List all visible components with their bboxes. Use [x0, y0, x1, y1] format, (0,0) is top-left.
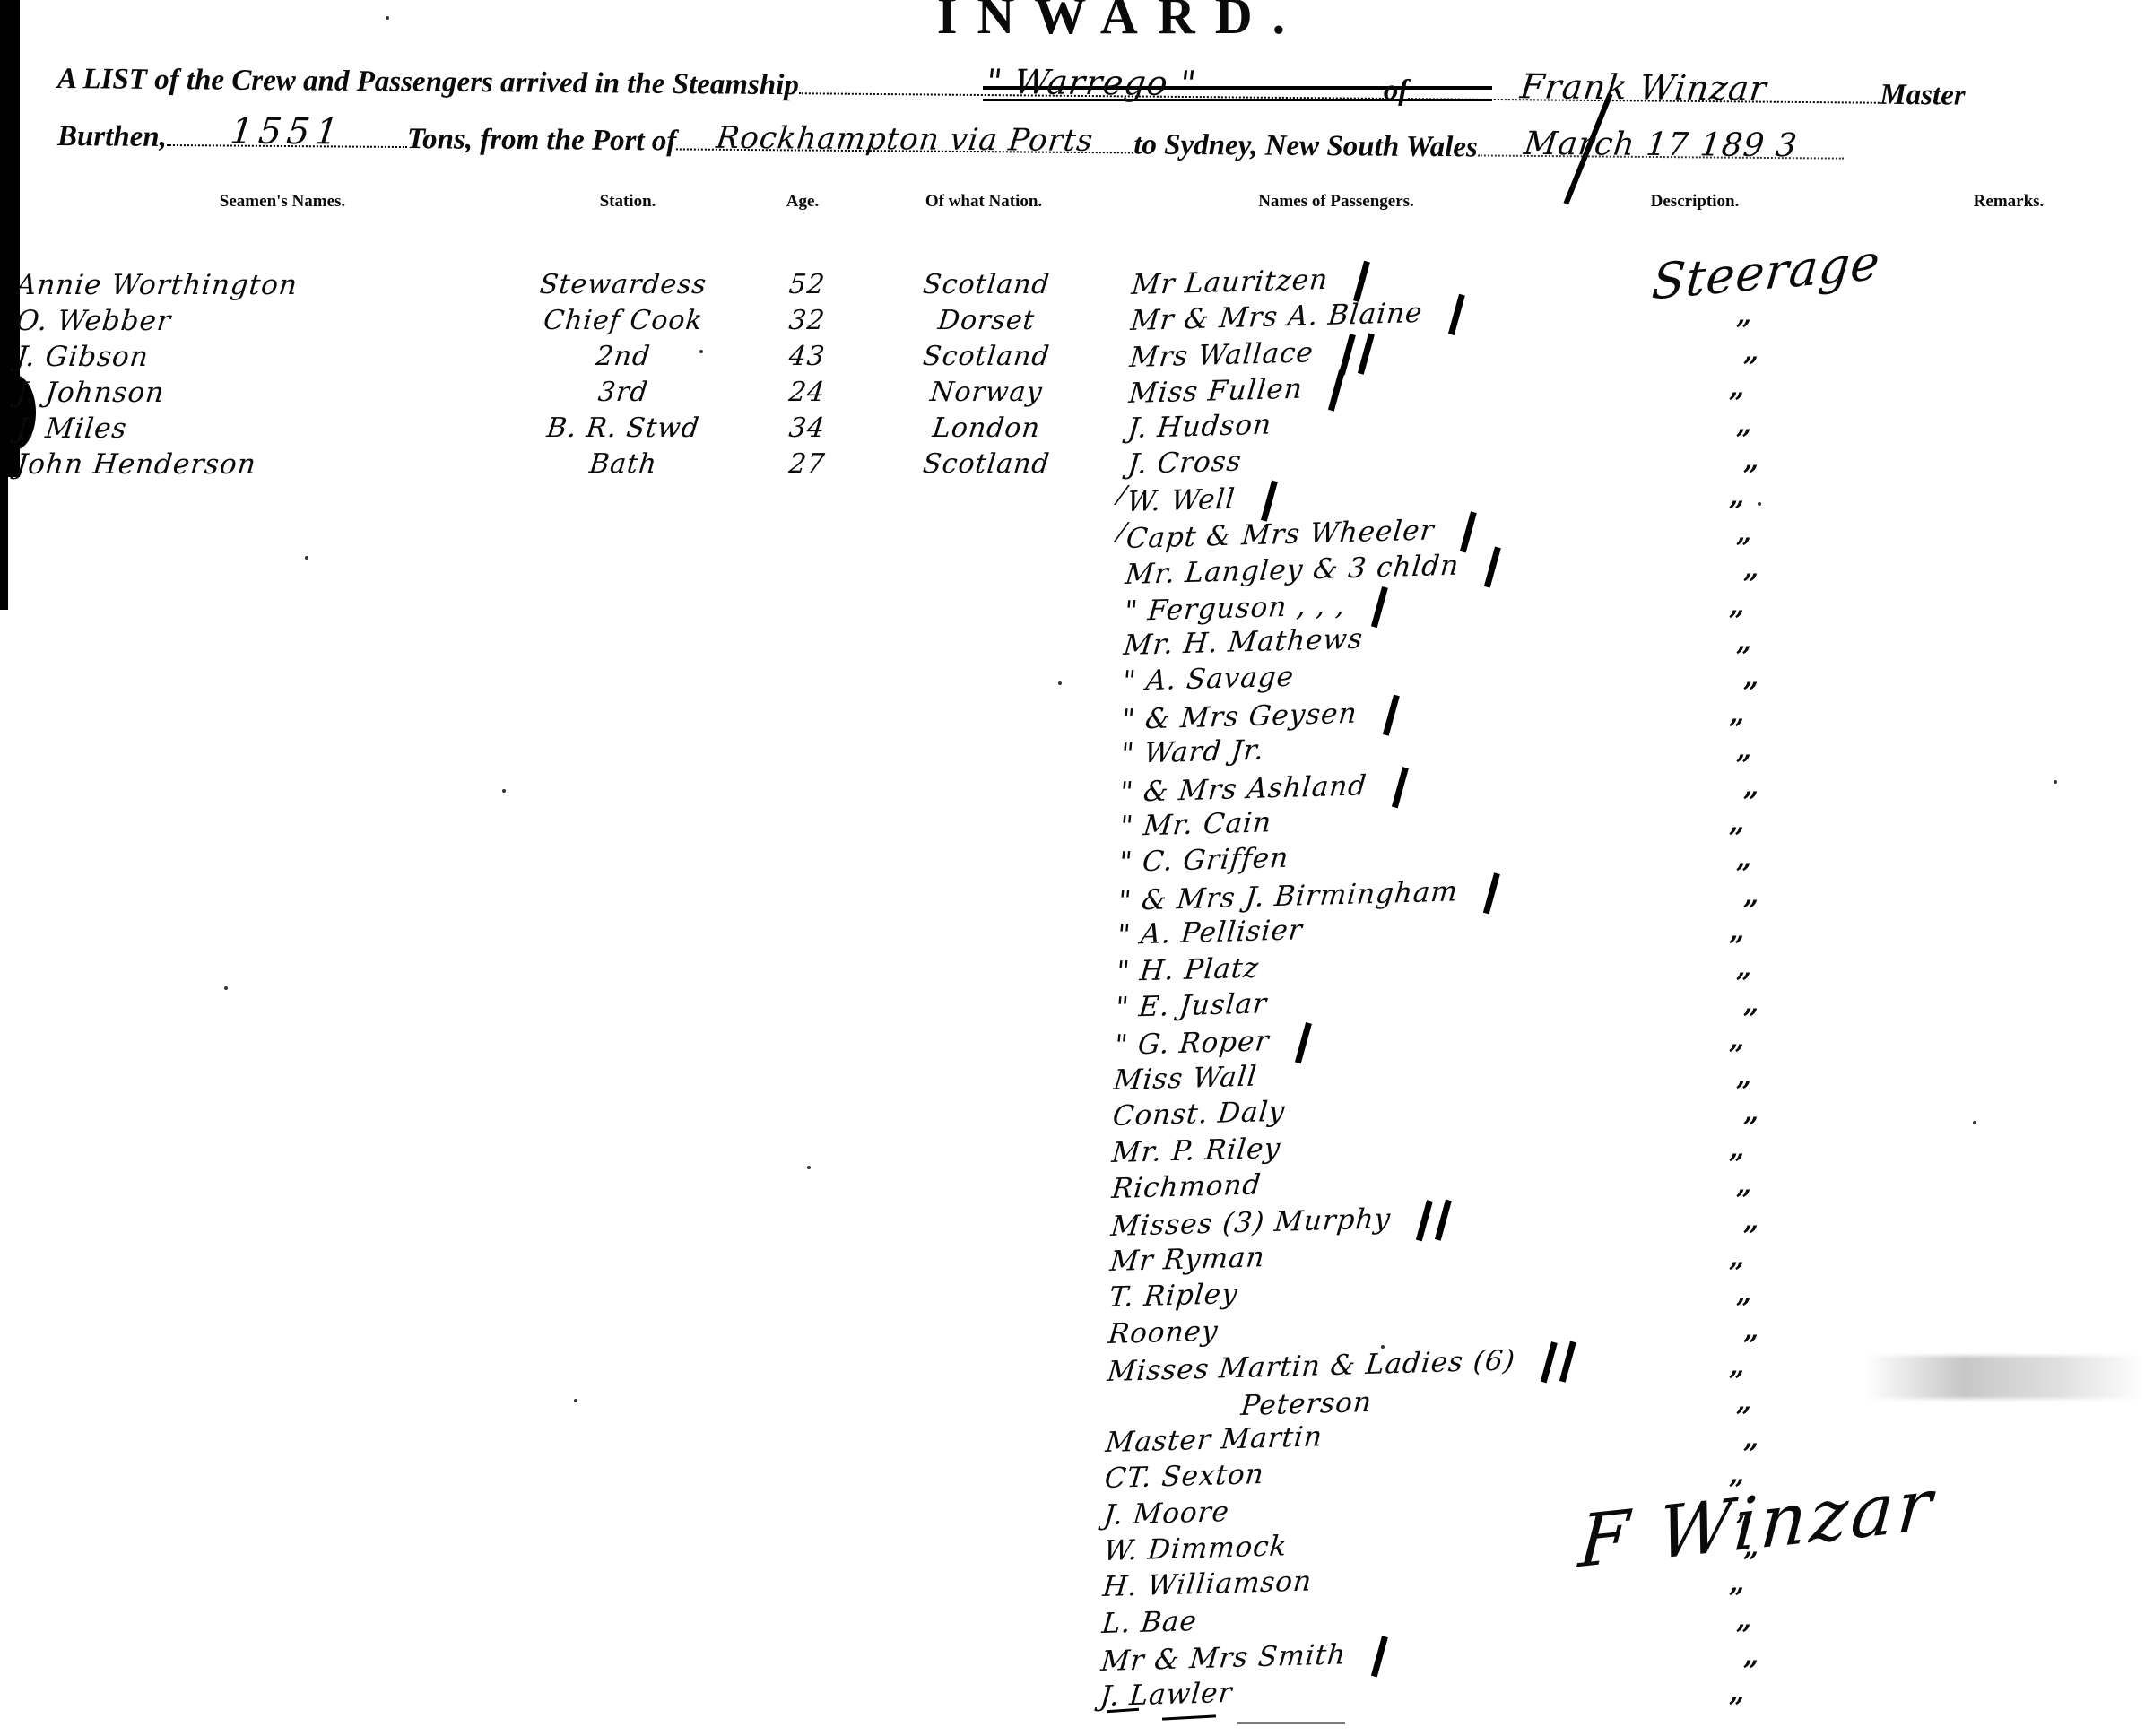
check-mark: ⁄: [1119, 479, 1125, 513]
crew-nation: Scotland: [846, 341, 1127, 372]
ditto-mark: „: [1729, 1567, 1744, 1599]
line1-of-label: of: [1384, 74, 1409, 108]
crew-row: J. Gibson2nd43Scotland: [0, 341, 1112, 377]
crew-row: J. MilesB. R. Stwd34London: [0, 412, 1112, 448]
passenger-name: " G. Roper: [1113, 1026, 1271, 1063]
ditto-mark: „: [1743, 771, 1759, 803]
crew-name: J. Johnson: [14, 377, 166, 409]
header-remarks: Remarks.: [1974, 192, 2045, 212]
crew-name: J. Miles: [14, 412, 128, 445]
passenger-row: L. Bae: [1101, 1605, 1197, 1640]
page-title: INWARD.: [933, 0, 1309, 46]
ditto-mark: „: [1736, 734, 1751, 766]
crew-name: John Henderson: [14, 448, 258, 481]
line1-prefix: A LIST of the Crew and Passengers arrive…: [57, 63, 799, 102]
passenger-name: " & Mrs J. Birmingham: [1116, 875, 1459, 917]
scan-mark: [1162, 1714, 1216, 1720]
ditto-mark: „: [1729, 372, 1744, 404]
tally-tick-mark: [1559, 1341, 1576, 1383]
passenger-name: Mr Ryman: [1108, 1241, 1266, 1278]
crew-row: Annie WorthingtonStewardess52Scotland: [0, 269, 1112, 305]
ditto-mark: „: [1736, 1386, 1751, 1418]
master-name-blank: Frank Winzar: [1408, 67, 1880, 104]
passenger-name: " Ward Jr.: [1120, 734, 1266, 771]
passenger-row: J. Cross: [1127, 445, 1242, 481]
passenger-name: Mr & Mrs A. Blaine: [1129, 297, 1424, 337]
crew-age: 52: [769, 269, 845, 300]
master-signature: F Winzar: [1576, 1463, 1938, 1584]
crew-station: 2nd: [482, 341, 764, 372]
header-seamens-names: Seamen's Names.: [220, 192, 345, 212]
passenger-row: Peterson: [1241, 1386, 1373, 1422]
passenger-name: Mr. H. Mathews: [1122, 622, 1364, 662]
crew-station: Stewardess: [482, 269, 764, 300]
passenger-name: Mr Lauritzen: [1130, 264, 1330, 301]
scan-mark: [1237, 1722, 1345, 1724]
passenger-row: Master Martin: [1106, 1420, 1324, 1459]
crew-nation: Scotland: [846, 448, 1127, 480]
passenger-row: " Mr. Cain: [1119, 806, 1272, 843]
passenger-name: Mr. Langley & 3 chldn: [1124, 550, 1461, 592]
date-value: March 17 189 3: [1476, 125, 1846, 164]
passenger-row: " C. Griffen: [1118, 842, 1289, 879]
passenger-name: Mrs Wallace: [1128, 336, 1315, 374]
tally-tick-mark: [1448, 294, 1465, 335]
tally-tick-mark: [1328, 370, 1345, 412]
ditto-mark: „: [1743, 336, 1759, 368]
passenger-row: Mr. P. Riley: [1112, 1132, 1281, 1168]
header-age: Age.: [786, 192, 819, 212]
passenger-name: W. Well: [1125, 483, 1237, 518]
passenger-row: " E. Juslar: [1115, 987, 1267, 1024]
passenger-name: L. Bae: [1100, 1605, 1198, 1640]
crew-row: John HendersonBath27Scotland: [0, 448, 1112, 484]
header-of-what-nation: Of what Nation.: [925, 192, 1042, 212]
passenger-row: H. Williamson: [1102, 1566, 1312, 1603]
ship-manifest-document: INWARD. A LIST of the Crew and Passenger…: [0, 0, 2145, 1736]
crew-nation: London: [846, 412, 1127, 444]
tally-tick-mark: [1295, 1022, 1312, 1063]
crew-station: Bath: [482, 448, 764, 480]
passenger-row: T. Ripley: [1108, 1278, 1238, 1314]
ditto-mark: „: [1743, 880, 1759, 911]
ditto-mark: „: [1736, 409, 1751, 440]
passenger-name: W. Dimmock: [1102, 1530, 1289, 1567]
ship-name-value: " Warrego ": [796, 60, 1385, 105]
tally-tick-mark: [1358, 333, 1375, 374]
passenger-name: Miss Wall: [1112, 1060, 1258, 1097]
passenger-name: T. Ripley: [1107, 1278, 1239, 1314]
date-blank: March 17 189 3: [1478, 124, 1844, 159]
ditto-mark: „: [1729, 1350, 1744, 1382]
passenger-row: Mr. H. Mathews: [1123, 623, 1363, 662]
passenger-name: H. Williamson: [1101, 1566, 1313, 1604]
passenger-row: " A. Pellisier: [1116, 914, 1303, 951]
tally-tick-mark: [1484, 547, 1501, 588]
crew-name: Annie Worthington: [14, 269, 300, 301]
crew-age: 43: [769, 341, 845, 372]
passenger-row: " & Mrs J. Birmingham: [1117, 872, 1495, 924]
tally-tick-mark: [1383, 694, 1400, 735]
ditto-mark: „: [1743, 662, 1759, 693]
passenger-name: " Mr. Cain: [1118, 806, 1272, 843]
ditto-mark: „: [1736, 843, 1751, 874]
passenger-row: Mr Ryman: [1109, 1241, 1265, 1278]
tally-tick-mark: [1416, 1201, 1433, 1242]
passenger-name: " A. Pellisier: [1116, 914, 1304, 951]
passenger-name: CT. Sexton: [1104, 1458, 1266, 1495]
passenger-name: Rooney: [1107, 1315, 1220, 1350]
passenger-row: Rooney: [1107, 1315, 1218, 1350]
passenger-name: " C. Griffen: [1117, 842, 1290, 879]
crew-age: 32: [769, 305, 845, 336]
passenger-row: " A. Savage: [1123, 661, 1295, 698]
ditto-mark: „: [1736, 626, 1751, 657]
passenger-row: J. Hudson: [1128, 408, 1272, 444]
line2-burthen-label: Burthen,: [57, 120, 167, 154]
check-mark: ⁄: [1119, 516, 1125, 550]
passenger-row: Mr & Mrs Smith: [1100, 1636, 1383, 1685]
ditto-mark: „: [1736, 1061, 1751, 1092]
tons-blank: 1551: [167, 114, 407, 148]
crew-name: O. Webber: [14, 305, 173, 337]
ditto-mark: „: [1729, 481, 1744, 512]
ditto-mark: „: [1729, 699, 1744, 730]
crew-nation: Norway: [846, 377, 1127, 408]
ditto-mark: „: [1743, 553, 1759, 585]
crew-station: 3rd: [482, 377, 764, 408]
ditto-mark: „: [1736, 1278, 1751, 1309]
ditto-mark: „: [1729, 1677, 1744, 1708]
passenger-row: Miss Wall: [1114, 1060, 1258, 1096]
passenger-row: Misses (3) Murphy: [1110, 1200, 1446, 1250]
ditto-mark: „: [1743, 1315, 1759, 1346]
tally-tick-mark: [1541, 1341, 1558, 1383]
crew-name: J. Gibson: [14, 341, 151, 373]
ship-name-blank: " Warrego ": [799, 62, 1384, 100]
tally-tick-mark: [1393, 767, 1410, 808]
passenger-name: Master Martin: [1104, 1420, 1324, 1459]
ditto-mark: „: [1743, 1423, 1759, 1454]
passenger-name: J. Lawler: [1099, 1676, 1234, 1712]
ditto-mark: „: [1743, 1097, 1759, 1128]
tally-tick-mark: [1339, 334, 1356, 375]
tally-tick-mark: [1371, 1636, 1388, 1677]
passenger-name: Peterson: [1239, 1386, 1373, 1422]
passenger-name: " Ferguson , , ,: [1123, 589, 1347, 628]
ditto-mark: „: [1743, 1205, 1759, 1237]
passenger-name: Const. Daly: [1112, 1096, 1288, 1133]
passenger-row: J. Lawler: [1099, 1676, 1232, 1712]
crew-age: 24: [769, 377, 845, 408]
line1-master-label: Master: [1880, 79, 1966, 113]
passenger-row: J. Moore: [1104, 1496, 1230, 1532]
tally-tick-mark: [1435, 1200, 1452, 1241]
passenger-row: W. Dimmock: [1103, 1530, 1287, 1567]
passenger-name: Mr. P. Riley: [1111, 1132, 1283, 1168]
line2-tons-label: Tons, from the Port of: [407, 123, 677, 158]
form-line-2: Burthen, 1551 Tons, from the Port of Roc…: [57, 113, 2129, 169]
scan-edge-bar-lower: [0, 475, 8, 610]
ditto-mark: „: [1729, 590, 1744, 621]
line2-to-label: to Sydney, New South Wales: [1133, 128, 1478, 164]
ditto-mark: „: [1729, 1242, 1744, 1273]
passenger-name: Mr & Mrs Smith: [1099, 1639, 1347, 1679]
passenger-name: " A. Savage: [1121, 661, 1295, 698]
tons-value: 1551: [164, 110, 409, 153]
ditto-mark: „: [1736, 517, 1751, 549]
ditto-mark: „: [1743, 988, 1759, 1020]
passenger-name: J. Hudson: [1127, 408, 1273, 445]
passenger-name: " E. Juslar: [1114, 987, 1268, 1024]
passenger-row: " Ward Jr.: [1121, 734, 1265, 770]
tally-tick-mark: [1483, 872, 1500, 914]
passenger-name: Misses Martin & Ladies (6): [1106, 1344, 1516, 1388]
ditto-mark: „: [1743, 1640, 1759, 1671]
passenger-name: " & Mrs Ashland: [1119, 769, 1369, 809]
port-value: Rockhampton via Ports: [674, 119, 1136, 159]
crew-nation: Scotland: [846, 269, 1127, 300]
passenger-name: Richmond: [1110, 1168, 1263, 1205]
port-blank: Rockhampton via Ports: [676, 117, 1133, 153]
header-description: Description.: [1651, 192, 1740, 212]
form-line-1: A LIST of the Crew and Passengers arrive…: [57, 56, 2129, 114]
crew-row: J. Johnson3rd24Norway: [0, 377, 1112, 412]
crew-station: Chief Cook: [482, 305, 764, 336]
passenger-name: " H. Platz: [1115, 951, 1260, 988]
ditto-mark: „: [1736, 1604, 1751, 1636]
passenger-name: Misses (3) Murphy: [1109, 1203, 1392, 1244]
ditto-mark: „: [1736, 1169, 1751, 1201]
passenger-row: CT. Sexton: [1105, 1458, 1265, 1495]
master-name-value: Frank Winzar: [1406, 65, 1882, 109]
passenger-row: " H. Platz: [1116, 951, 1259, 987]
header-station: Station.: [600, 192, 656, 212]
ditto-mark: „: [1729, 1024, 1744, 1055]
passenger-row: Richmond: [1111, 1168, 1261, 1205]
ditto-mark: „: [1729, 1133, 1744, 1165]
passenger-name: J. Moore: [1103, 1496, 1231, 1532]
crew-row: O. WebberChief Cook32Dorset: [0, 305, 1112, 341]
ditto-mark: „: [1743, 445, 1759, 476]
header-names-passengers: Names of Passengers.: [1258, 192, 1414, 212]
ditto-mark: „: [1729, 807, 1744, 838]
description-steerage: Steerage: [1650, 234, 1883, 311]
scan-smudge: [1865, 1356, 2145, 1399]
passenger-row: Const. Daly: [1113, 1096, 1286, 1133]
crew-nation: Dorset: [846, 305, 1127, 336]
passenger-name: J. Cross: [1126, 445, 1243, 481]
tally-tick-mark: [1260, 481, 1277, 522]
crew-station: B. R. Stwd: [482, 412, 764, 444]
ditto-mark: „: [1736, 299, 1751, 331]
ditto-mark: „: [1729, 916, 1744, 947]
passenger-name: Miss Fullen: [1128, 373, 1305, 411]
tally-tick-mark: [1370, 586, 1387, 628]
passenger-name: " & Mrs Geysen: [1120, 698, 1359, 736]
crew-age: 27: [769, 448, 845, 480]
crew-age: 34: [769, 412, 845, 444]
ditto-mark: „: [1736, 952, 1751, 984]
